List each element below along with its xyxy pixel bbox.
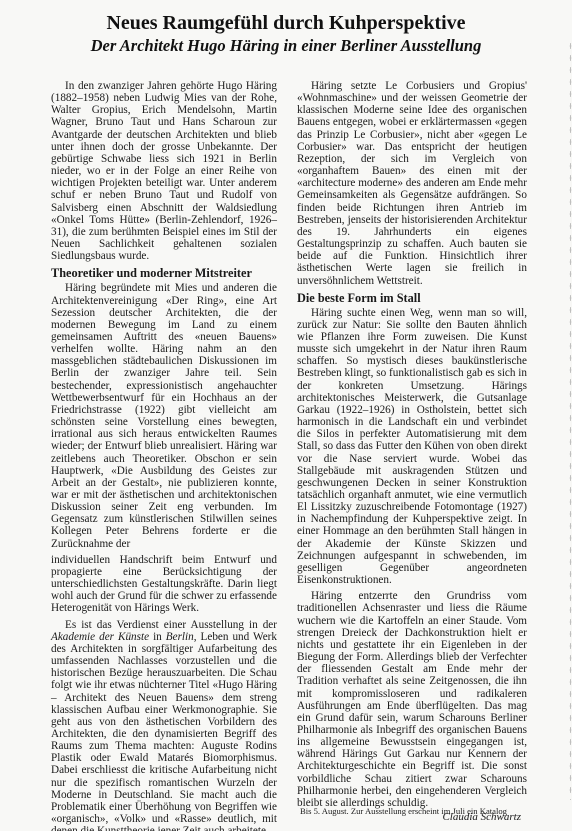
paragraph-natur: Häring suchte einen Weg, wenn man so wil… bbox=[297, 307, 527, 587]
akademie-italic: Akademie der Künste bbox=[51, 631, 149, 643]
article-subtitle: Der Architekt Hugo Häring in einer Berli… bbox=[0, 36, 572, 56]
text-span: , Leben und Werk des Architekten in sorg… bbox=[51, 631, 277, 831]
text-span: Es ist das Verdienst einer Ausstellung i… bbox=[65, 619, 277, 631]
newspaper-clipping: Neues Raumgefühl durch Kuhperspektive De… bbox=[0, 0, 572, 831]
paragraph-ring: Häring begründete mit Mies und anderen d… bbox=[51, 282, 277, 549]
berlin-italic: Berlin bbox=[166, 631, 194, 643]
left-column: In den zwanziger Jahren gehörte Hugo Här… bbox=[51, 80, 277, 831]
paragraph-corbusier: Häring setzte Le Corbusiers und Gropius'… bbox=[297, 80, 527, 287]
right-column: Häring setzte Le Corbusiers und Gropius'… bbox=[297, 80, 527, 823]
paragraph-intro: In den zwanziger Jahren gehörte Hugo Här… bbox=[51, 80, 277, 262]
section-heading-stall: Die beste Form im Stall bbox=[297, 291, 527, 305]
article-title: Neues Raumgefühl durch Kuhperspektive bbox=[0, 12, 572, 34]
text-span: in bbox=[149, 631, 166, 643]
paragraph-ausstellung: Es ist das Verdienst einer Ausstellung i… bbox=[51, 619, 277, 831]
section-heading-theoretiker: Theoretiker und moderner Mitstreiter bbox=[51, 266, 277, 280]
paragraph-ring-continued: individuellen Handschrift beim Entwurf u… bbox=[51, 554, 277, 615]
exhibition-footnote: Bis 5. August. Zur Ausstellung erscheint… bbox=[300, 806, 550, 816]
paragraph-grundriss: Häring entzerrte den Grundriss vom tradi… bbox=[297, 590, 527, 809]
